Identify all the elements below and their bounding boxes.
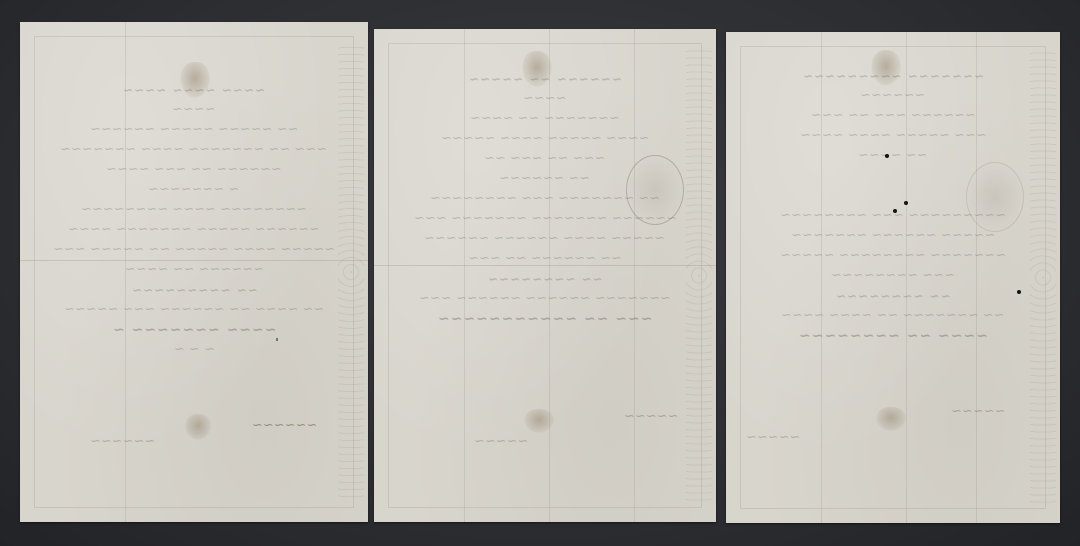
ghost-text-line: ~~~~ ~~~~ ~~~~ — [122, 80, 265, 100]
punch-hole — [904, 201, 908, 205]
ghost-text-line: ~~~~~ ~~~~ ~~~~~~ ~~~~~~ — [424, 229, 665, 249]
ghost-text-line: ~~ ~~~~~ ~~~~~ ~~~~~~ — [90, 120, 298, 140]
signature: ~~~~~~ — [90, 434, 155, 449]
ghost-text-line: ~~~~~~~ ~~~~~~~~~ — [802, 66, 984, 86]
ghost-text-line: ~~~~~~ ~~~ ~~ ~~~ — [811, 106, 976, 126]
ghost-text-line: ~~~ ~~ ~~~ ~~ — [484, 149, 605, 169]
punch-hole — [885, 154, 889, 158]
signature: ~~~~~~ — [252, 418, 317, 433]
ghost-text-line: ~~ ~~~~ ~~ ~~~~~~ ~~~ ~~~~~ — [64, 300, 324, 320]
ghost-text-line: ~~ ~~~~~~~ ~~ ~~~~ ~~~~ — [781, 306, 1005, 326]
sheet-right: ~~~~~~~ ~~~~~~~~~ ~~~~~~ ~~~~~~ ~~~ ~~ ~… — [726, 32, 1060, 523]
ghost-text-line: ~~~~~~ ~~ ~~~~ — [125, 260, 264, 280]
ghost-text-block: ~~~~~~~ ~~~~~~~~~ ~~~~~~ ~~~~~~ ~~~ ~~ ~… — [726, 66, 1060, 346]
ghost-text-line: ~~~~~~ ~~~~~~~ ~~~~~~~ ~~~ — [414, 209, 677, 229]
ghost-text-line: ~~~~~ ~~~~ ~~~~~ ~~ ~~~~~ ~~~ — [53, 240, 335, 260]
ghost-text-line: ~~ ~~~~~~ ~~ ~~~ — [468, 249, 622, 269]
ghost-text-line: ~~ ~~~~~~~~ — [487, 269, 603, 289]
ghost-text-block: ~~~~~~ ~~ ~~~~~ ~~~~ ~~~~~~~ ~~ ~~~~ ~~~… — [374, 69, 716, 329]
ghost-text-line — [891, 166, 895, 186]
ghost-text-line: ~~ ~~~~~~~~~ — [131, 280, 258, 300]
ghost-text-line: ~~~~~ ~~~~~~ ~~~~~~~ — [791, 226, 995, 246]
ghost-text-line: ~~~~~~~ ~~ ~~~~ — [470, 109, 620, 129]
ghost-text-line: ~~~~~~ ~~~~~ ~~~~~~~ ~~~~ — [68, 220, 320, 240]
ghost-text-line: ~~~~ — [523, 89, 567, 109]
ghost-text-line: ~~~~ ~~~~~~~ ~ — [112, 320, 277, 340]
ghost-text-line: ~ ~~~~~~~ — [148, 180, 239, 200]
small-crest-watermark — [524, 409, 554, 433]
ghost-text-line: ~~~~ — [172, 100, 216, 120]
small-crest-watermark — [185, 414, 211, 440]
small-crest-watermark — [876, 407, 906, 431]
ghost-text-line: ~~ ~~~~~~~~ — [835, 286, 951, 306]
ghost-text-line: ~~~~~~~ ~~~~~~~~ ~~~~~ — [780, 246, 1006, 266]
ghost-text-line: ~~~~ ~~~~~ ~~~~ ~~~~~ — [441, 129, 649, 149]
punch-hole — [1017, 290, 1021, 294]
ghost-text-line: ~~~ ~~~~~~~~ — [831, 266, 955, 286]
ghost-text-line: ~~~~~~~ ~~~~~~ ~~~~~~ ~~~ — [419, 289, 671, 309]
signature: ~~~~~ — [746, 430, 800, 445]
ghost-text-block: ~~~~ ~~~~ ~~~~ ~~~~ ~~ ~~~~~ ~~~~~ ~~~~~… — [20, 80, 368, 360]
sheet-middle: ~~~~~~ ~~ ~~~~~ ~~~~ ~~~~~~~ ~~ ~~~~ ~~~… — [374, 29, 716, 522]
ink-speck — [276, 338, 278, 341]
ghost-text-line: ~~ ~~~~~~~ ~~~ ~~~~~~~~ — [430, 189, 660, 209]
ghost-text-line: ~~~~ ~~ ~~~~~~~~ — [798, 326, 988, 346]
ghost-text-line: ~~ ~~~~~~ — [499, 169, 590, 189]
sheet-left: ~~~~ ~~~~ ~~~~ ~~~~ ~~ ~~~~~ ~~~~~ ~~~~~… — [20, 22, 368, 522]
signature: ~~~~~ — [951, 404, 1005, 419]
ghost-text-line: ~~~~~~ ~~ ~~~ ~~~~ — [106, 160, 282, 180]
ghost-text-line: ~~~~~~ — [860, 86, 925, 106]
ghost-text-line: ~~~ ~~~~~ ~~~~ ~~~~ — [800, 126, 987, 146]
ghost-text-line: ~~~ ~~ ~~~~~~~~~~~ — [437, 309, 652, 329]
ghost-text-line: ~~ ~~~~ — [858, 146, 928, 166]
signature: ~~~~~ — [624, 409, 678, 424]
signature: ~~~~~ — [474, 434, 528, 449]
punch-hole — [893, 209, 897, 213]
ghost-text-line: ~ ~ ~ — [174, 340, 215, 360]
ghost-text-line — [891, 186, 895, 206]
ghost-text-line: ~~~ ~~ ~~~~~~~ ~~~~ ~~~~~~~ — [60, 140, 327, 160]
ghost-text-line: ~~~~~~ ~~ ~~~~~ — [468, 69, 622, 89]
ghost-text-line: ~~~~~~~~ ~~~~ ~~~~~~~~ — [81, 200, 307, 220]
